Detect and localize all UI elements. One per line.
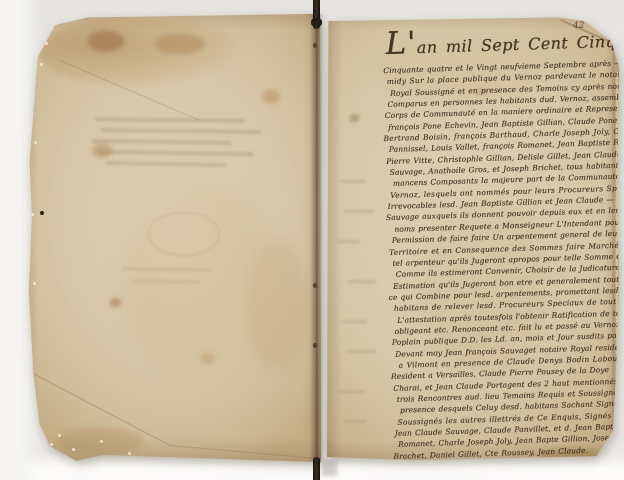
bleedthrough-mark	[342, 320, 366, 323]
paper-crease	[33, 373, 171, 446]
bleedthrough-mark	[344, 210, 374, 213]
paper-speck	[40, 63, 43, 66]
stain	[88, 30, 124, 52]
binding-rod-shadow	[322, 459, 337, 476]
ink-dot	[40, 211, 44, 215]
bleedthrough-scribble	[148, 211, 221, 256]
paper-speck	[50, 443, 53, 446]
left-page-wrap	[26, 12, 322, 464]
left-blank-page	[26, 12, 322, 464]
paper-speck	[31, 213, 34, 216]
bleedthrough-mark	[348, 280, 376, 283]
right-page-wrap: 42 L'an mil Sept Cent Cinquante Cinquant…	[324, 12, 620, 462]
bleedthrough-line	[92, 139, 232, 145]
bleedthrough-line	[95, 117, 245, 123]
manuscript-text-block: L'an mil Sept Cent Cinquante Cinquante q…	[385, 22, 624, 462]
stain	[155, 34, 205, 54]
paper-crease	[60, 60, 200, 121]
bleedthrough-line	[122, 267, 212, 271]
bleedthrough-line	[106, 161, 226, 167]
binding-gutter	[310, 14, 323, 460]
bleedthrough-mark	[340, 180, 366, 183]
paper-speck	[34, 141, 37, 144]
binding-rod-knob	[311, 18, 322, 27]
binding-rod-bottom	[313, 457, 320, 480]
manuscript-body: Cinquante quatre et le Vingt neufvieme S…	[386, 58, 624, 462]
stain	[262, 90, 280, 103]
paper-speck	[45, 42, 48, 45]
stain	[245, 240, 310, 370]
manuscript-page: 42 L'an mil Sept Cent Cinquante Cinquant…	[324, 12, 620, 462]
binding-stitch-dot	[313, 283, 317, 288]
binding-stitch-dot	[313, 343, 317, 348]
bleedthrough-line	[130, 280, 200, 284]
paper-speck	[33, 282, 36, 285]
paper-crease	[170, 445, 320, 459]
bleedthrough-line	[98, 150, 253, 156]
binding-stitch-dot	[313, 43, 317, 48]
book-scan: 42 L'an mil Sept Cent Cinquante Cinquant…	[0, 0, 624, 480]
stain	[40, 16, 240, 88]
paper-speck	[128, 452, 131, 455]
paper-speck	[58, 434, 61, 437]
manuscript-title-line: L'an mil Sept Cent Cinquante	[385, 22, 617, 64]
bleedthrough-mark	[339, 390, 365, 393]
stain	[350, 114, 359, 122]
bleedthrough-line	[101, 128, 261, 134]
paper-speck	[72, 448, 75, 451]
stain	[200, 353, 215, 364]
paper-speck	[100, 440, 103, 443]
bleedthrough-mark	[338, 240, 360, 243]
stain	[110, 298, 121, 307]
bleedthrough-mark	[346, 350, 376, 353]
bleedthrough-mark	[344, 420, 366, 423]
